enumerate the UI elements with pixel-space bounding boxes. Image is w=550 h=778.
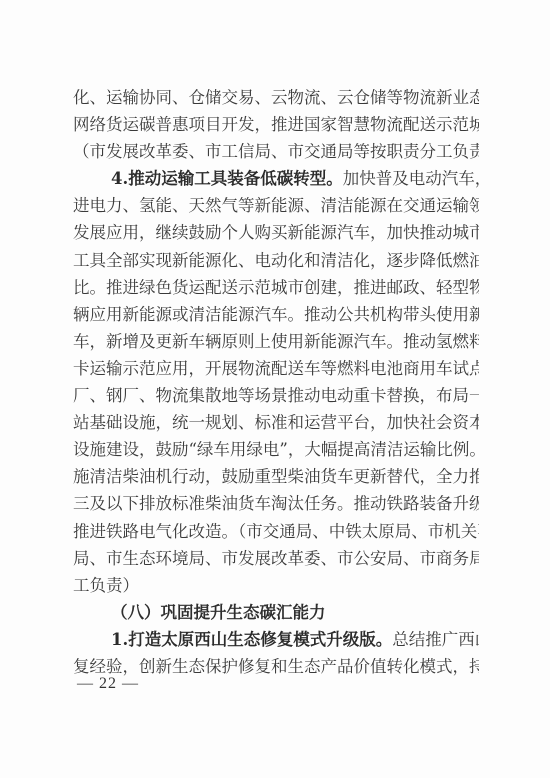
page-number: — 22 — (77, 675, 139, 693)
document-page: 化、运输协同、仓储交易、云物流、云仓储等物流新业态，探索开展 网络货运碳普惠项目… (0, 0, 550, 778)
text-line: 工具全部实现新能源化、电动化和清洁化，逐步降低燃油车辆占 (73, 247, 479, 274)
text-line: 辆应用新能源或清洁能源汽车。推动公共机构带头使用新能源汽 (73, 301, 479, 328)
text-line: 施清洁柴油机行动，鼓励重型柴油货车更新替代，全力推动完成国 (73, 463, 479, 490)
text-line: 站基础设施，统一规划、标准和运营平台，加快社会资本参与基础 (73, 409, 479, 436)
text-line: 网络货运碳普惠项目开发，推进国家智慧物流配送示范城市建设。 (73, 111, 479, 138)
responsibility-note-end: 工负责） (73, 572, 479, 599)
text-line: 卡运输示范应用，开展物流配送车等燃料电池商用车试点。在电 (73, 355, 479, 382)
text-line: 推进铁路电气化改造。（市交通局、中铁太原局、市机关事务管理 (73, 518, 479, 545)
item-4-title: 4.推动运输工具装备低碳转型。 (111, 169, 343, 188)
text-line: 局、市生态环境局、市发展改革委、市公安局、市商务局等按职责分 (73, 545, 479, 572)
responsibility-note: （市发展改革委、市工信局、市交通局等按职责分工负责） (73, 138, 479, 165)
text-line: 比。推进绿色货运配送示范城市创建，推进邮政、轻型物流配送车 (73, 274, 479, 301)
item-4-text: 加快普及电动汽车，持续推 (343, 169, 479, 188)
item-1-title: 1.打造太原西山生态修复模式升级版。 (111, 630, 392, 649)
text-line: 三及以下排放标准柴油货车淘汰任务。推动铁路装备升级，稳步 (73, 490, 479, 517)
text-line: 车，新增及更新车辆原则上使用新能源汽车。推动氢燃料电池重 (73, 328, 479, 355)
item-1-text: 总结推广西山生态修 (392, 630, 479, 649)
item-4-first-line: 4.推动运输工具装备低碳转型。加快普及电动汽车，持续推 (73, 165, 479, 192)
section-heading: （八）巩固提升生态碳汇能力 (73, 599, 479, 626)
body-text: 化、运输协同、仓储交易、云物流、云仓储等物流新业态，探索开展 网络货运碳普惠项目… (73, 84, 479, 680)
text-line: 化、运输协同、仓储交易、云物流、云仓储等物流新业态，探索开展 (73, 84, 479, 111)
text-line: 发展应用，继续鼓励个人购买新能源汽车，加快推动城市公共交通 (73, 219, 479, 246)
item-1-first-line: 1.打造太原西山生态修复模式升级版。总结推广西山生态修 (73, 626, 479, 653)
text-line: 进电力、氢能、天然气等新能源、清洁能源在交通运输领域的有序 (73, 192, 479, 219)
text-line: 设施建设，鼓励“绿车用绿电”，大幅提高清洁运输比例。深入实 (73, 436, 479, 463)
text-line: 厂、钢厂、物流集散地等场景推动电动重卡替换，布局一批充换电 (73, 382, 479, 409)
